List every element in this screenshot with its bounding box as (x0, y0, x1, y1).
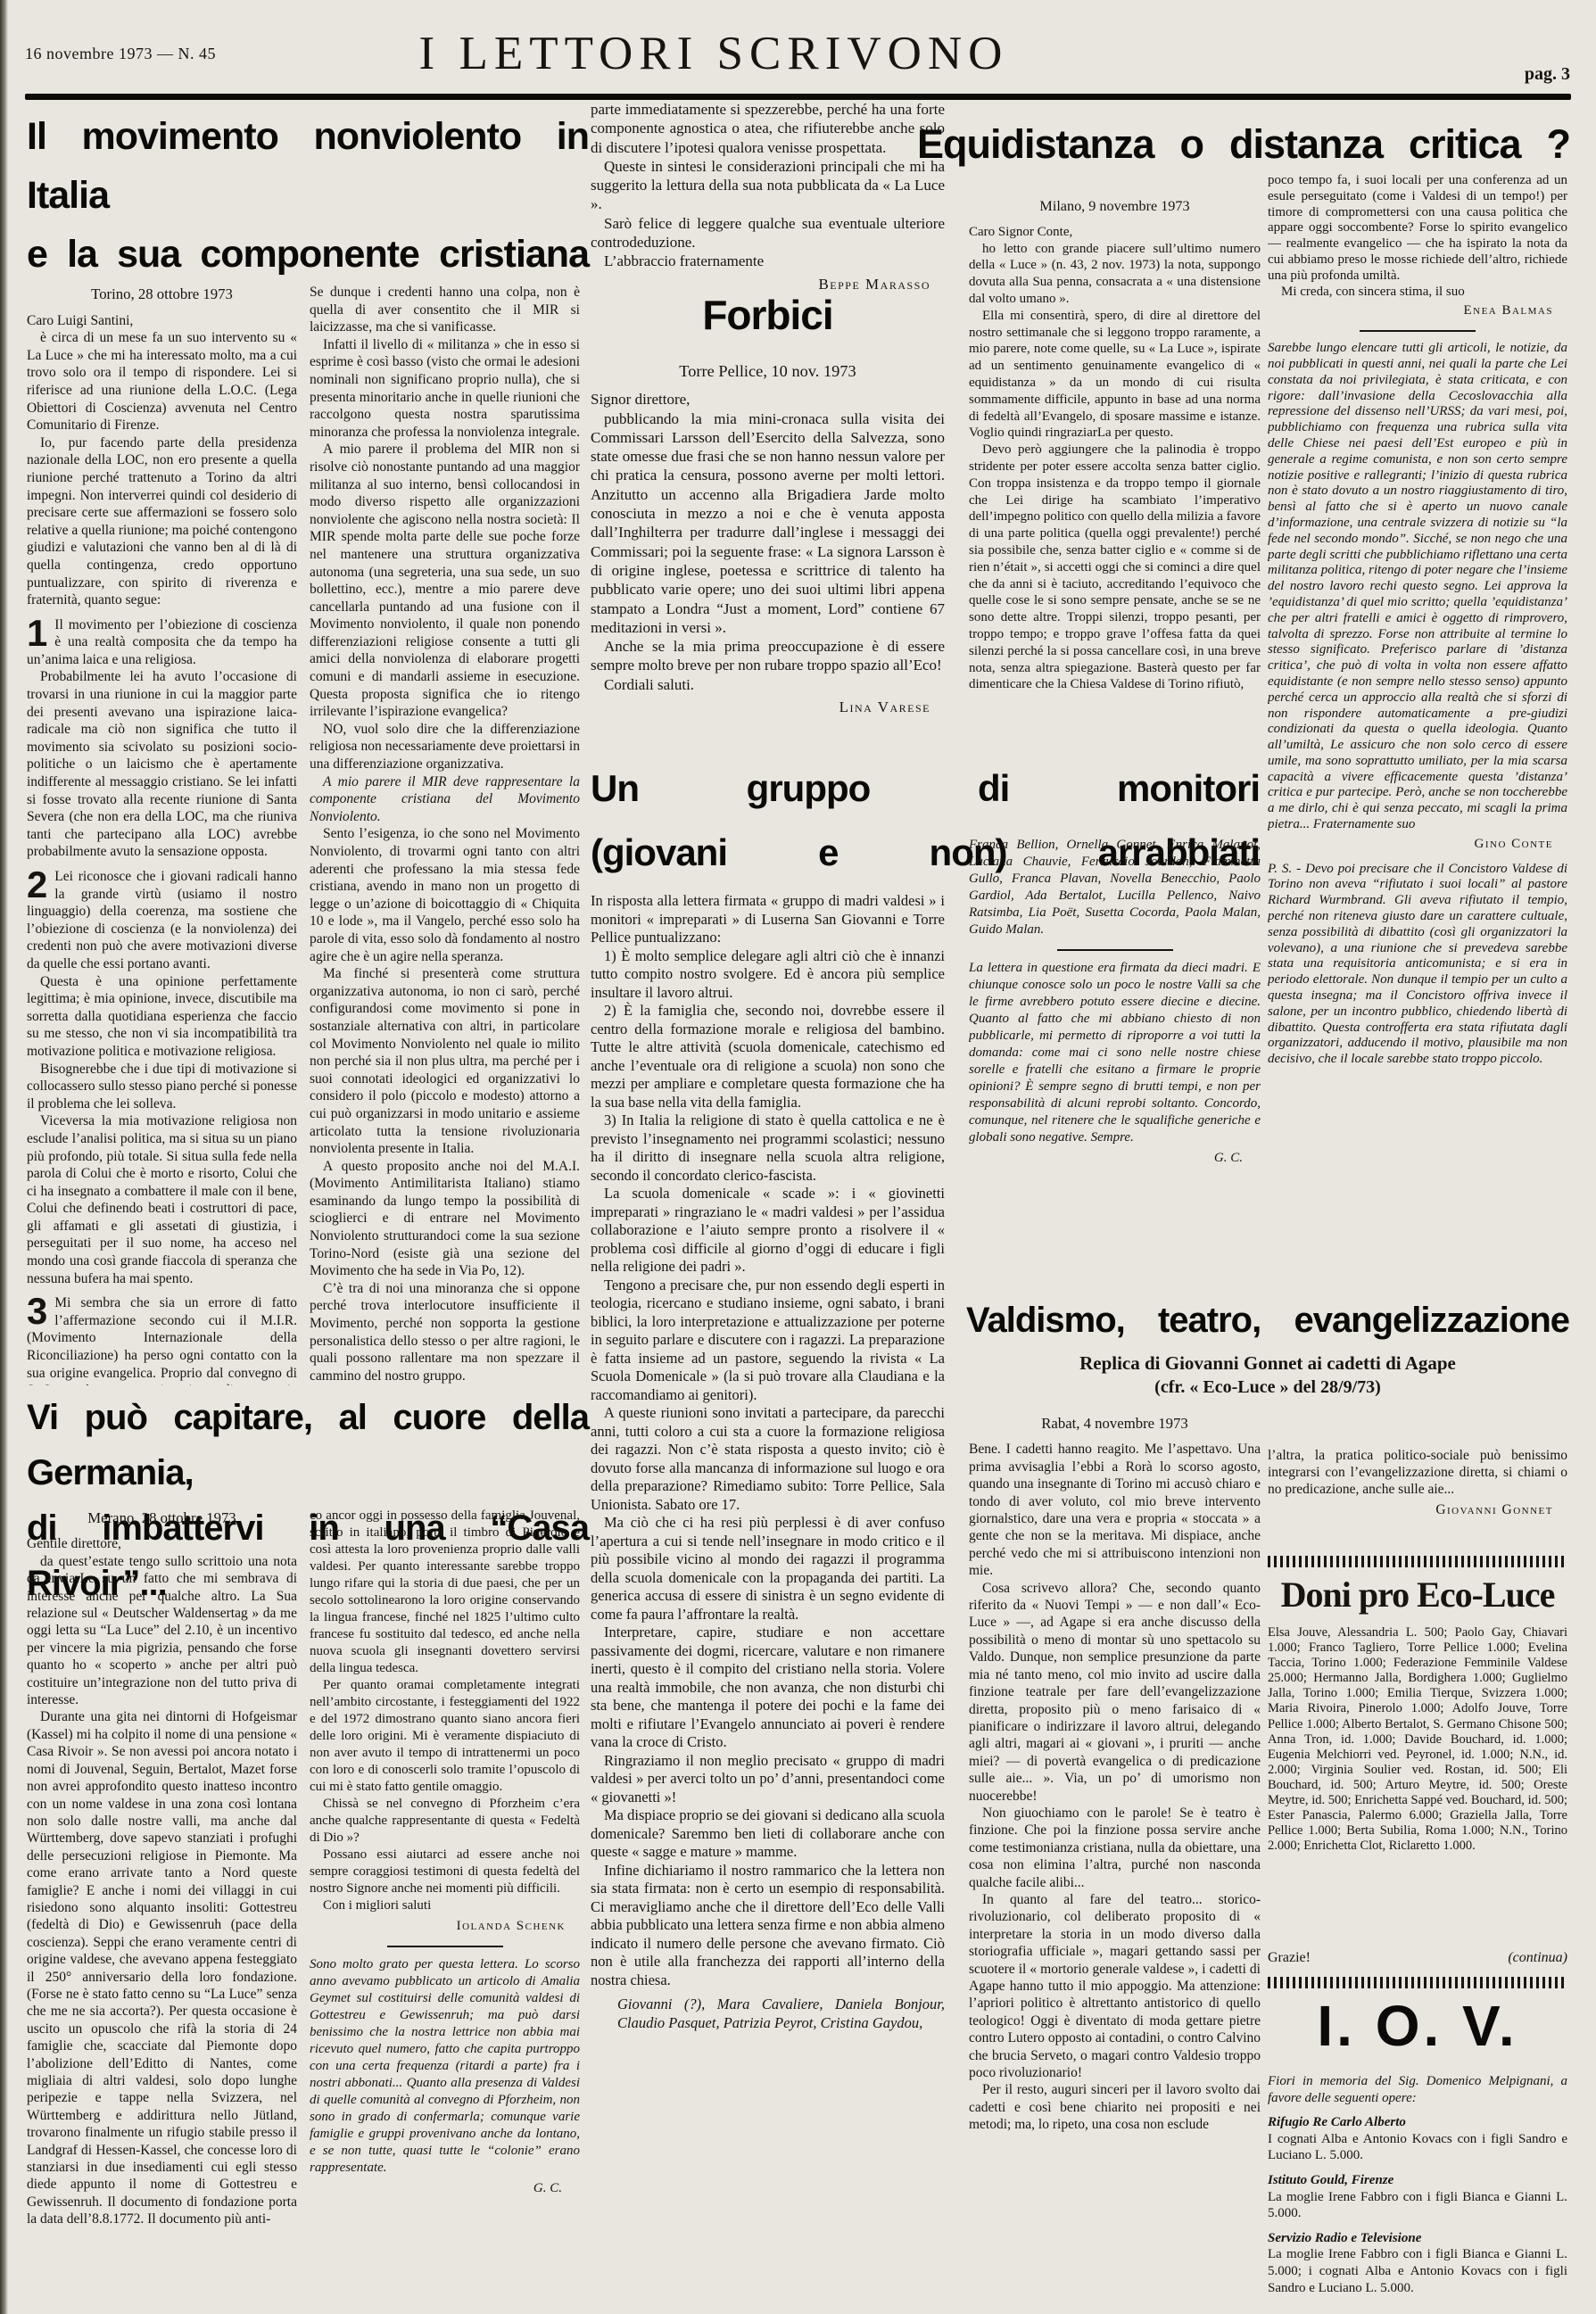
paragraph-hr (387, 1946, 503, 1947)
edition-date: 16 novembre 1973 — N. 45 (25, 45, 400, 63)
paragraph-it: Sarebbe lungo elencare tutti gli articol… (1268, 341, 1567, 833)
paragraph-noind: Gentile direttore, (27, 1535, 297, 1552)
valdismo-column-d: Rabat, 4 novembre 1973Bene. I cadetti ha… (969, 1413, 1261, 2305)
paragraph: Per il resto, auguri sinceri per il lavo… (969, 2081, 1261, 2133)
paragraph-ihead: Rifugio Re Carlo Alberto (1268, 2114, 1567, 2131)
paragraph: Bisognerebbe che i due tipi di motivazio… (27, 1061, 297, 1113)
paragraph-noind: l’altra, la pratica politico-sociale può… (1268, 1447, 1567, 1498)
paragraph: C’è tra di noi una minoranza che si oppo… (310, 1280, 580, 1385)
paragraph-hr (1057, 949, 1173, 951)
paragraph-sig: Gino Conte (1268, 837, 1567, 853)
page-number: pag. 3 (1472, 64, 1570, 85)
paragraph-ihead: Servizio Radio e Televisione (1268, 2230, 1567, 2247)
paragraph: Chissà se nel convegno di Pforzheim c’er… (310, 1796, 580, 1847)
paragraph: è circa di un mese fa un suo intervento … (27, 329, 297, 434)
headline-valdismo: Valdismo, teatro, evangelizzazione (966, 1301, 1569, 1341)
paragraph-noind: Caro Signor Conte, (969, 224, 1261, 241)
iov-column: Fiori in memoria del Sig. Domenico Melpi… (1268, 2073, 1567, 2309)
paragraph-noind: parte immediatamente si spezzerebbe, per… (591, 100, 945, 157)
paragraph-noind: co ancor oggi in possesso della famiglia… (310, 1508, 580, 1677)
paragraph: Cosa scrivevo allora? Che, secondo quant… (969, 1580, 1261, 1805)
ribbon-divider (1268, 1556, 1567, 1567)
paragraph-hr (1360, 330, 1476, 332)
gruppo-column-c: In risposta alla lettera firmata « grupp… (591, 892, 945, 2136)
paragraph: Cordiali saluti. (591, 675, 945, 694)
paragraph: Queste in sintesi le considerazioni prin… (591, 157, 945, 214)
paragraph: Probabilmente lei ha avuto l’occasione d… (27, 668, 297, 861)
paragraph: Infine dichiariamo il nostro rammarico c… (591, 1862, 945, 1990)
paragraph-itsig: G. C. (969, 1150, 1261, 1167)
forbici-column: Torre Pellice, 10 nov. 1973Signor dirett… (591, 360, 945, 755)
paragraph: 3) In Italia la religione di stato è que… (591, 1112, 945, 1185)
paragraph: Per quanto oramai completamente integrat… (310, 1677, 580, 1796)
paragraph: Se io, viceversa, proponessi di entrare … (310, 1384, 580, 1385)
paragraph: Ma ciò che ci ha resi più perplessi è di… (591, 1514, 945, 1624)
valdismo-subtitle-2: (cfr. « Eco-Luce » del 28/9/73) (966, 1377, 1569, 1398)
paragraph: ho letto con grande piacere sull’ultimo … (969, 241, 1261, 308)
paragraph: In quanto al fare del teatro... storico-… (969, 1891, 1261, 2081)
paragraph-it: La lettera in questione era firmata da d… (969, 960, 1261, 1146)
doni-thanks: Grazie! (1268, 1950, 1311, 1966)
paragraph-noind: Caro Luigi Santini, (27, 312, 297, 330)
paragraph: Ringraziamo il non meglio precisato « gr… (591, 1752, 945, 1807)
rivoir-column-a: Merano, 28 ottobre 1973Gentile direttore… (27, 1508, 297, 2309)
paragraph-date: Torino, 28 ottobre 1973 (27, 285, 297, 303)
paragraph: Ma finché si presenterà come struttura o… (310, 965, 580, 1158)
article-column-a: Torino, 28 ottobre 1973Caro Luigi Santin… (27, 284, 297, 1385)
paragraph: Possano essi aiutarci ad essere anche no… (310, 1847, 580, 1897)
paragraph-num: 1 Il movimento per l’obiezione di coscie… (27, 616, 297, 669)
paragraph: Sarò felice di leggere qualche sua event… (591, 214, 945, 252)
headline-equidistanza: Equidistanza o distanza critica ? (917, 121, 1570, 168)
paragraph: da quest’estate tengo sullo scrittoio un… (27, 1553, 297, 1709)
paragraph: Ma dispiace proprio se dei giovani si de… (591, 1806, 945, 1862)
headline-movimento-nonviolento: Il movimento nonviolento in Italia e la … (27, 107, 589, 284)
paragraph: Con i migliori saluti (310, 1897, 580, 1914)
paragraph: Io, pur facendo parte della presidenza n… (27, 434, 297, 609)
paragraph-it: P. S. - Devo poi precisare che il Concis… (1268, 862, 1567, 1068)
paragraph-date: Milano, 9 novembre 1973 (969, 198, 1261, 215)
paragraph: La scuola domenicale « scade »: i « giov… (591, 1185, 945, 1277)
rivoir-column-b: co ancor oggi in possesso della famiglia… (310, 1508, 580, 2309)
headline-line: e la sua componente cristiana (27, 225, 589, 284)
paragraph: pubblicando la mia mini-cronaca sulla vi… (591, 409, 945, 638)
equidistanza-column-d: Milano, 9 novembre 1973Caro Signor Conte… (969, 196, 1261, 742)
paragraph-noind: Elsa Jouve, Alessandria L. 500; Paolo Ga… (1268, 1625, 1567, 1854)
paragraph: A queste riunioni sono invitati a partec… (591, 1404, 945, 1514)
valdismo-subtitle: Replica di Giovanni Gonnet ai cadetti di… (966, 1352, 1569, 1375)
paragraph-it: Sono molto grato per questa lettera. Lo … (310, 1956, 580, 2177)
paragraph: Ella mi consentirà, spero, di dire al di… (969, 308, 1261, 442)
paragraph: 1) È molto semplice delegare agli altri … (591, 947, 945, 1003)
headline-doni-eco-luce: Doni pro Eco-Luce (1268, 1574, 1567, 1616)
page-title: I LETTORI SCRIVONO (384, 27, 1044, 80)
ribbon-divider (1268, 1977, 1567, 1988)
article-column-b: Se dunque i credenti hanno una colpa, no… (310, 284, 580, 1385)
paragraph: Questa è una opinione perfettamente legi… (27, 973, 297, 1061)
paragraph: Sento l’esigenza, io che sono nel Movime… (310, 825, 580, 965)
paragraph: Anche se la mia prima preoccupazione è d… (591, 637, 945, 675)
paragraph-sig: Beppe Marasso (591, 275, 945, 289)
paragraph-itsig: G. C. (310, 2180, 580, 2197)
paragraph-date: Merano, 28 ottobre 1973 (27, 1509, 297, 1526)
paragraph: Infatti il livello di « militanza » che … (310, 336, 580, 442)
paragraph-noind: La moglie Irene Fabbro con i figli Bianc… (1268, 2246, 1567, 2296)
paragraph-sig: Iolanda Schenk (310, 1918, 580, 1935)
paragraph-sig: Enea Balmas (1268, 303, 1567, 319)
paragraph-noind: Bene. I cadetti hanno reagito. Me l’aspe… (969, 1441, 1261, 1579)
headline-line: Il movimento nonviolento in Italia (27, 107, 589, 225)
newspaper-page: 16 novembre 1973 — N. 45 I LETTORI SCRIV… (0, 0, 1596, 2314)
paragraph-num: 3 Mi sembra che sia un errore di fatto l… (27, 1294, 297, 1385)
paragraph-sig: Giovanni Gonnet (1268, 1501, 1567, 1518)
doni-continua: (continua) (1508, 1950, 1567, 1966)
paragraph-ihead: Istituto Gould, Firenze (1268, 2172, 1567, 2189)
paragraph: A questo proposito anche noi del M.A.I. … (310, 1158, 580, 1280)
header-rule (25, 94, 1571, 100)
paragraph: 2) È la famiglia che, secondo noi, dovre… (591, 1002, 945, 1112)
paragraph-date: Rabat, 4 novembre 1973 (969, 1415, 1261, 1432)
paragraph: Interpretare, capire, studiare e non acc… (591, 1624, 945, 1752)
paragraph-sig: Lina Varese (591, 698, 945, 716)
paragraph-noind: I cognati Alba e Antonio Kovacs con i fi… (1268, 2131, 1567, 2164)
paragraph: Mi creda, con sincera stima, il suo (1268, 285, 1567, 301)
paragraph-names: Giovanni (?), Mara Cavaliere, Daniela Bo… (591, 1996, 945, 2032)
paragraph-noind: Signor direttore, (591, 390, 945, 409)
scan-edge-artifact (0, 0, 8, 2314)
doni-footer: Grazie! (continua) (1268, 1950, 1567, 1966)
paragraph-noind: poco tempo fa, i suoi locali per una con… (1268, 173, 1567, 285)
paragraph-noind: In risposta alla lettera firmata « grupp… (591, 892, 945, 947)
paragraph: L’abbraccio fraternamente (591, 252, 945, 270)
paragraph-namesR: Franca Bellion, Ornella Gonnet, Enrica M… (969, 837, 1261, 938)
paragraph-noind: Se dunque i credenti hanno una colpa, no… (310, 284, 580, 336)
paragraph: A mio parere il problema del MIR non si … (310, 441, 580, 721)
valdismo-column-e: l’altra, la pratica politico-sociale può… (1268, 1447, 1567, 1550)
headline-line: Un gruppo di monitori (591, 756, 1260, 821)
gruppo-column-d: Franca Bellion, Ornella Gonnet, Enrica M… (969, 837, 1261, 1287)
equidistanza-column-e: poco tempo fa, i suoi locali per una con… (1268, 173, 1567, 1215)
article-column-c-continuation: parte immediatamente si spezzerebbe, per… (591, 100, 945, 289)
headline-line: Vi può capitare, al cuore della Germania… (27, 1390, 589, 1500)
paragraph: Tengono a precisare che, pur non essendo… (591, 1277, 945, 1405)
paragraph-noind: La moglie Irene Fabbro con i figli Bianc… (1268, 2189, 1567, 2222)
paragraph-it: A mio parere il MIR deve rappresentare l… (310, 773, 580, 826)
headline-forbici: Forbici (591, 291, 945, 339)
paragraph-it: Fiori in memoria del Sig. Domenico Melpi… (1268, 2073, 1567, 2106)
paragraph: Durante una gita nei dintorni di Hofgeis… (27, 1708, 297, 2227)
paragraph: Non giuochiamo con le parole! Se è teatr… (969, 1805, 1261, 1891)
doni-list: Elsa Jouve, Alessandria L. 500; Paolo Ga… (1268, 1625, 1567, 1945)
paragraph-date: Torre Pellice, 10 nov. 1973 (591, 362, 945, 381)
paragraph-num: 2 Lei riconosce che i giovani radicali h… (27, 868, 297, 973)
paragraph: Viceversa la mia motivazione religiosa n… (27, 1112, 297, 1287)
headline-iov: I. O. V. (1268, 1993, 1567, 2059)
paragraph: Devo però aggiungere che la palinodia è … (969, 442, 1261, 693)
paragraph: NO, vuol solo dire che la differenziazio… (310, 721, 580, 773)
